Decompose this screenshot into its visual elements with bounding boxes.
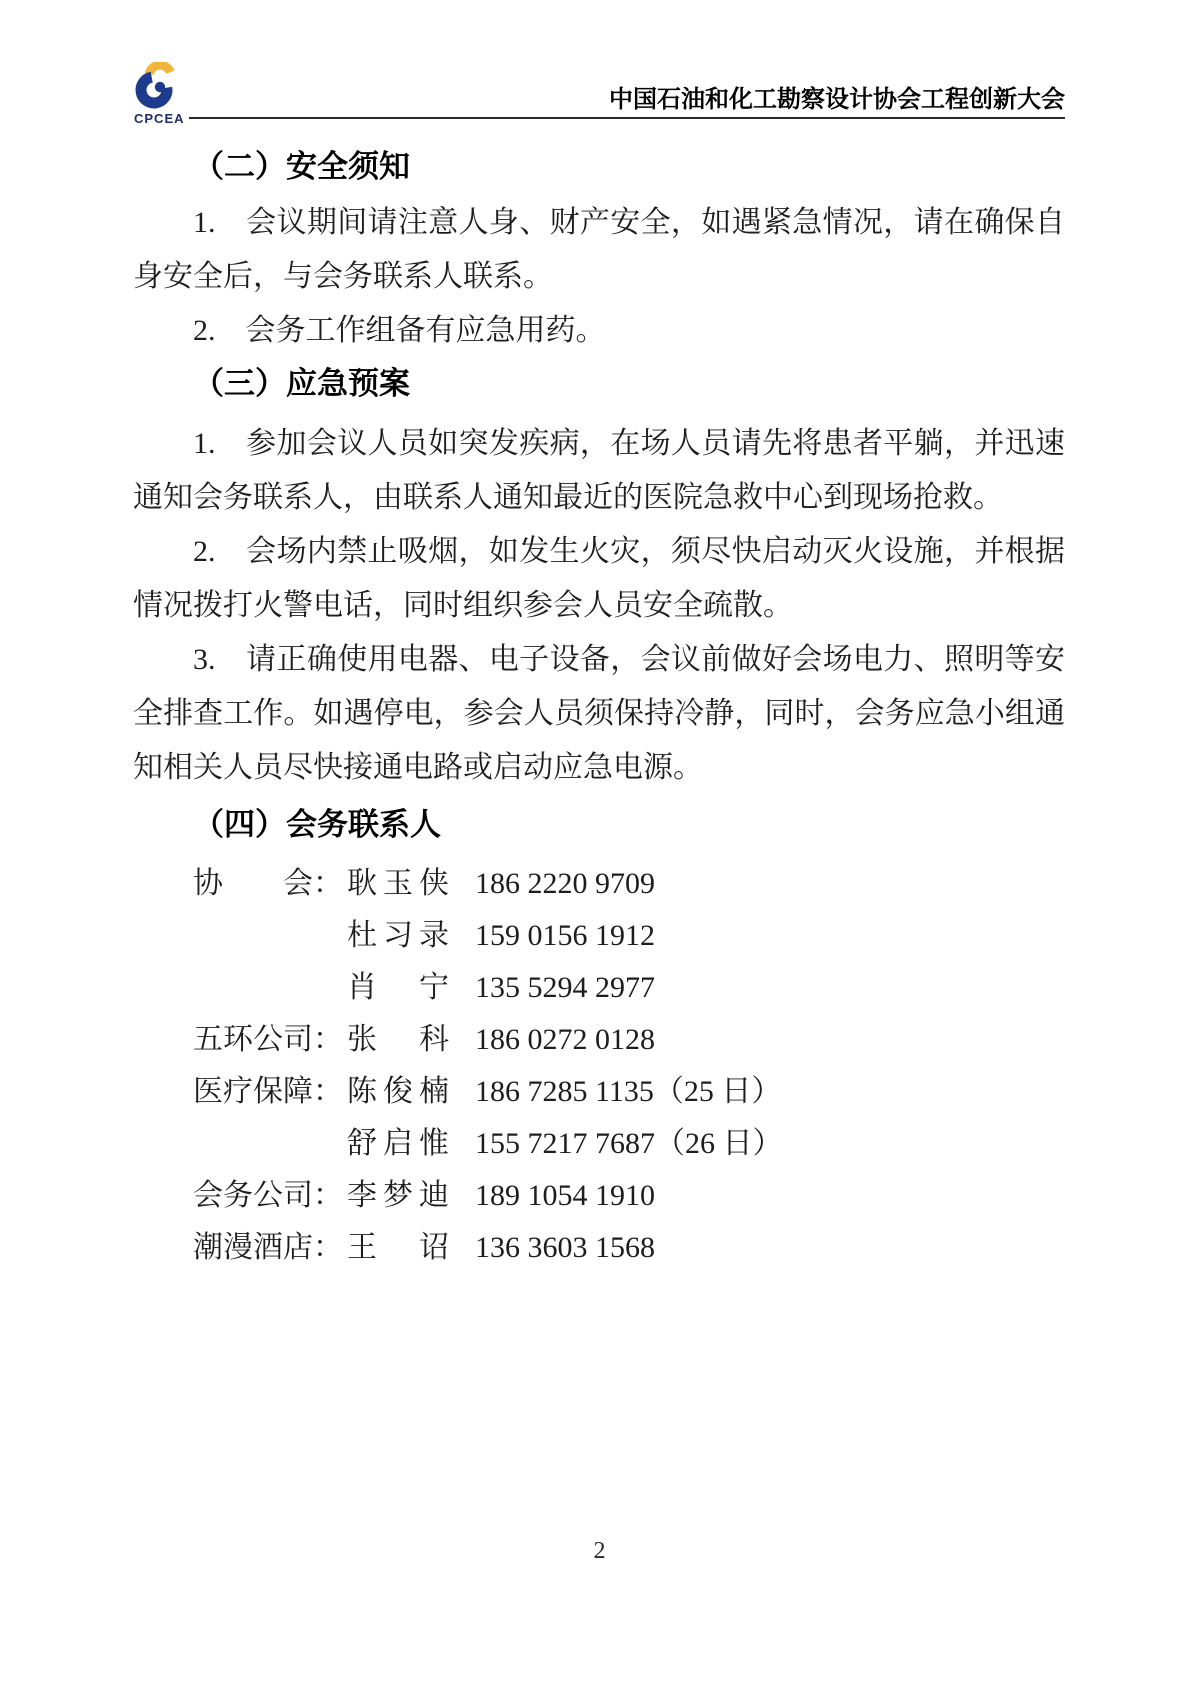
- cpcea-logo-icon: [134, 62, 180, 110]
- contact-phone: 186 2220 9709: [475, 858, 655, 910]
- contact-list: 协 会：耿玉侠186 2220 9709 杜习录159 0156 1912 肖 …: [133, 858, 1065, 1274]
- contact-phone: 186 7285 1135（25 日）: [475, 1066, 781, 1118]
- contact-row: 协 会：耿玉侠186 2220 9709: [193, 858, 1065, 910]
- paragraph-emergency-2: 2. 会场内禁止吸烟，如发生火灾，须尽快启动灭火设施，并根据 情况拨打火警电话，…: [133, 525, 1065, 633]
- document-header-title: 中国石油和化工勘察设计协会工程创新大会: [609, 86, 1065, 114]
- section-heading-emergency-plan: （三）应急预案: [133, 362, 1065, 406]
- paragraph-line: 身安全后，与会务联系人联系。: [133, 250, 1065, 304]
- document-page: CPCEA 中国石油和化工勘察设计协会工程创新大会 （二）安全须知 1. 会议期…: [0, 0, 1199, 1696]
- contact-row: 肖 宁135 5294 2977: [193, 962, 1065, 1014]
- cpcea-logo: CPCEA: [134, 62, 186, 126]
- paragraph-line: 1. 参加会议人员如突发疾病，在场人员请先将患者平躺，并迅速: [133, 417, 1065, 471]
- contact-person: 杜习录: [347, 910, 449, 962]
- contact-phone: 189 1054 1910: [475, 1170, 655, 1222]
- contact-person: 肖 宁: [347, 962, 449, 1014]
- contact-person: 李梦迪: [347, 1170, 449, 1222]
- contact-person: 耿玉侠: [347, 858, 449, 910]
- contact-row: 会务公司：李梦迪189 1054 1910: [193, 1170, 1065, 1222]
- contact-person: 陈俊楠: [347, 1066, 449, 1118]
- contact-role: 会务公司：: [193, 1170, 343, 1222]
- paragraph-line: 情况拨打火警电话，同时组织参会人员安全疏散。: [133, 579, 1065, 633]
- page-header: CPCEA 中国石油和化工勘察设计协会工程创新大会: [0, 0, 1199, 130]
- paragraph-line: 2. 会场内禁止吸烟，如发生火灾，须尽快启动灭火设施，并根据: [133, 525, 1065, 579]
- paragraph-line: 3. 请正确使用电器、电子设备，会议前做好会场电力、照明等安: [133, 633, 1065, 687]
- contact-role: 协 会：: [193, 858, 343, 910]
- contact-role: 五环公司：: [193, 1014, 343, 1066]
- contact-row: 五环公司：张 科186 0272 0128: [193, 1014, 1065, 1066]
- page-number: 2: [0, 1538, 1199, 1565]
- contact-phone: 135 5294 2977: [475, 962, 655, 1014]
- contact-role: 医疗保障：: [193, 1066, 343, 1118]
- contact-phone: 136 3603 1568: [475, 1222, 655, 1274]
- contact-row: 医疗保障：陈俊楠186 7285 1135（25 日）: [193, 1066, 1065, 1118]
- section-heading-contacts: （四）会务联系人: [133, 803, 1065, 847]
- paragraph-safety-1: 1. 会议期间请注意人身、财产安全，如遇紧急情况，请在确保自 身安全后，与会务联…: [133, 196, 1065, 304]
- contact-person: 舒启惟: [347, 1118, 449, 1170]
- paragraph-line: 1. 会议期间请注意人身、财产安全，如遇紧急情况，请在确保自: [133, 196, 1065, 250]
- contact-role: 潮漫酒店：: [193, 1222, 343, 1274]
- contact-phone: 159 0156 1912: [475, 910, 655, 962]
- contact-row: 舒启惟155 7217 7687（26 日）: [193, 1118, 1065, 1170]
- document-body: （二）安全须知 1. 会议期间请注意人身、财产安全，如遇紧急情况，请在确保自 身…: [133, 119, 1065, 1274]
- paragraph-line: 2. 会务工作组备有应急用药。: [133, 304, 1065, 358]
- contact-person: 王 诏: [347, 1222, 449, 1274]
- contact-phone: 186 0272 0128: [475, 1014, 655, 1066]
- paragraph-emergency-1: 1. 参加会议人员如突发疾病，在场人员请先将患者平躺，并迅速 通知会务联系人，由…: [133, 417, 1065, 525]
- paragraph-safety-2: 2. 会务工作组备有应急用药。: [133, 304, 1065, 358]
- contact-row: 潮漫酒店：王 诏136 3603 1568: [193, 1222, 1065, 1274]
- contact-phone: 155 7217 7687（26 日）: [475, 1118, 783, 1170]
- paragraph-line: 全排查工作。如遇停电，参会人员须保持冷静，同时，会务应急小组通: [133, 687, 1065, 741]
- contact-person: 张 科: [347, 1014, 449, 1066]
- section-heading-safety-notice: （二）安全须知: [133, 145, 1065, 189]
- paragraph-line: 知相关人员尽快接通电路或启动应急电源。: [133, 741, 1065, 795]
- paragraph-emergency-3: 3. 请正确使用电器、电子设备，会议前做好会场电力、照明等安 全排查工作。如遇停…: [133, 633, 1065, 795]
- paragraph-line: 通知会务联系人，由联系人通知最近的医院急救中心到现场抢救。: [133, 471, 1065, 525]
- contact-row: 杜习录159 0156 1912: [193, 910, 1065, 962]
